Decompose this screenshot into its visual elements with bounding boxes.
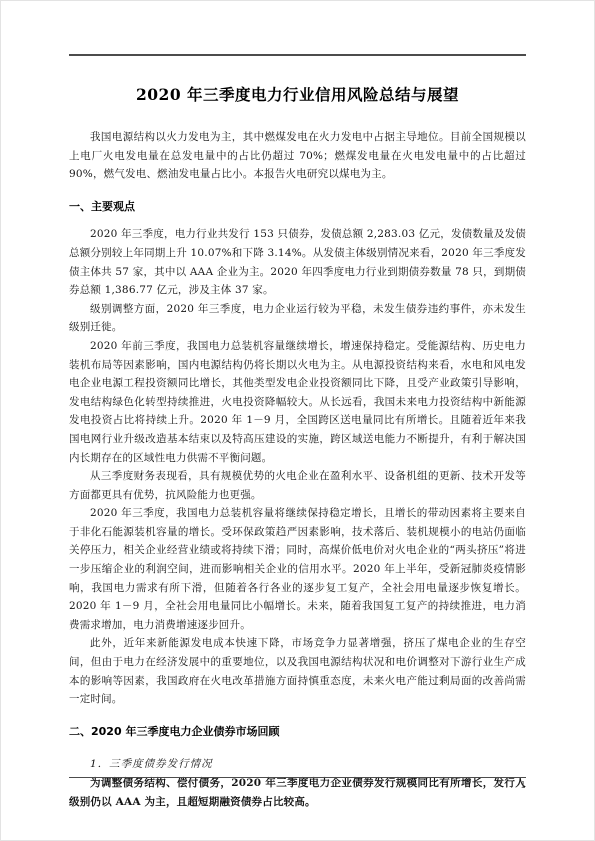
document-page: 2020 年三季度电力行业信用风险总结与展望 我国电源结构以火力发电为主，其中燃… xyxy=(0,0,595,841)
section1-paragraph-5: 2020 年三季度，我国电力总装机容量将继续保持稳定增长，且增长的带动因素将主要… xyxy=(69,504,526,634)
footer-rule xyxy=(69,777,526,778)
section1-paragraph-6: 此外，近年来新能源发电成本快速下降，市场竞争力显著增强，挤压了煤电企业的生存空间… xyxy=(69,634,526,708)
section1-paragraph-3: 2020 年前三季度，我国电力总装机容量继续增长，增速保持稳定。受能源结构、历史… xyxy=(69,337,526,467)
intro-paragraph: 我国电源结构以火力发电为主，其中燃煤发电在火力发电中占据主导地位。目前全国规模以… xyxy=(69,128,526,184)
section2-heading: 二、2020 年三季度电力企业债券市场回顾 xyxy=(69,723,526,742)
page-footer: 1 xyxy=(69,777,526,792)
section1-paragraph-4: 从三季度财务表现看，具有规模优势的火电企业在盈利水平、设备机组的更新、技术开发等… xyxy=(69,467,526,504)
page-number: 1 xyxy=(69,780,526,792)
section1-heading: 一、主要观点 xyxy=(69,198,526,217)
document-title: 2020 年三季度电力行业信用风险总结与展望 xyxy=(69,85,526,105)
section1-paragraph-1: 2020 年三季度，电力行业共发行 153 只债券，发债总额 2,283.03 … xyxy=(69,225,526,299)
section1-paragraph-2: 级别调整方面，2020 年三季度，电力企业运行较为平稳，未发生债券违约事件，亦未… xyxy=(69,300,526,337)
section2-subheading: 1．三季度债券发行情况 xyxy=(69,755,526,774)
page-content: 2020 年三季度电力行业信用风险总结与展望 我国电源结构以火力发电为主，其中燃… xyxy=(69,1,526,811)
